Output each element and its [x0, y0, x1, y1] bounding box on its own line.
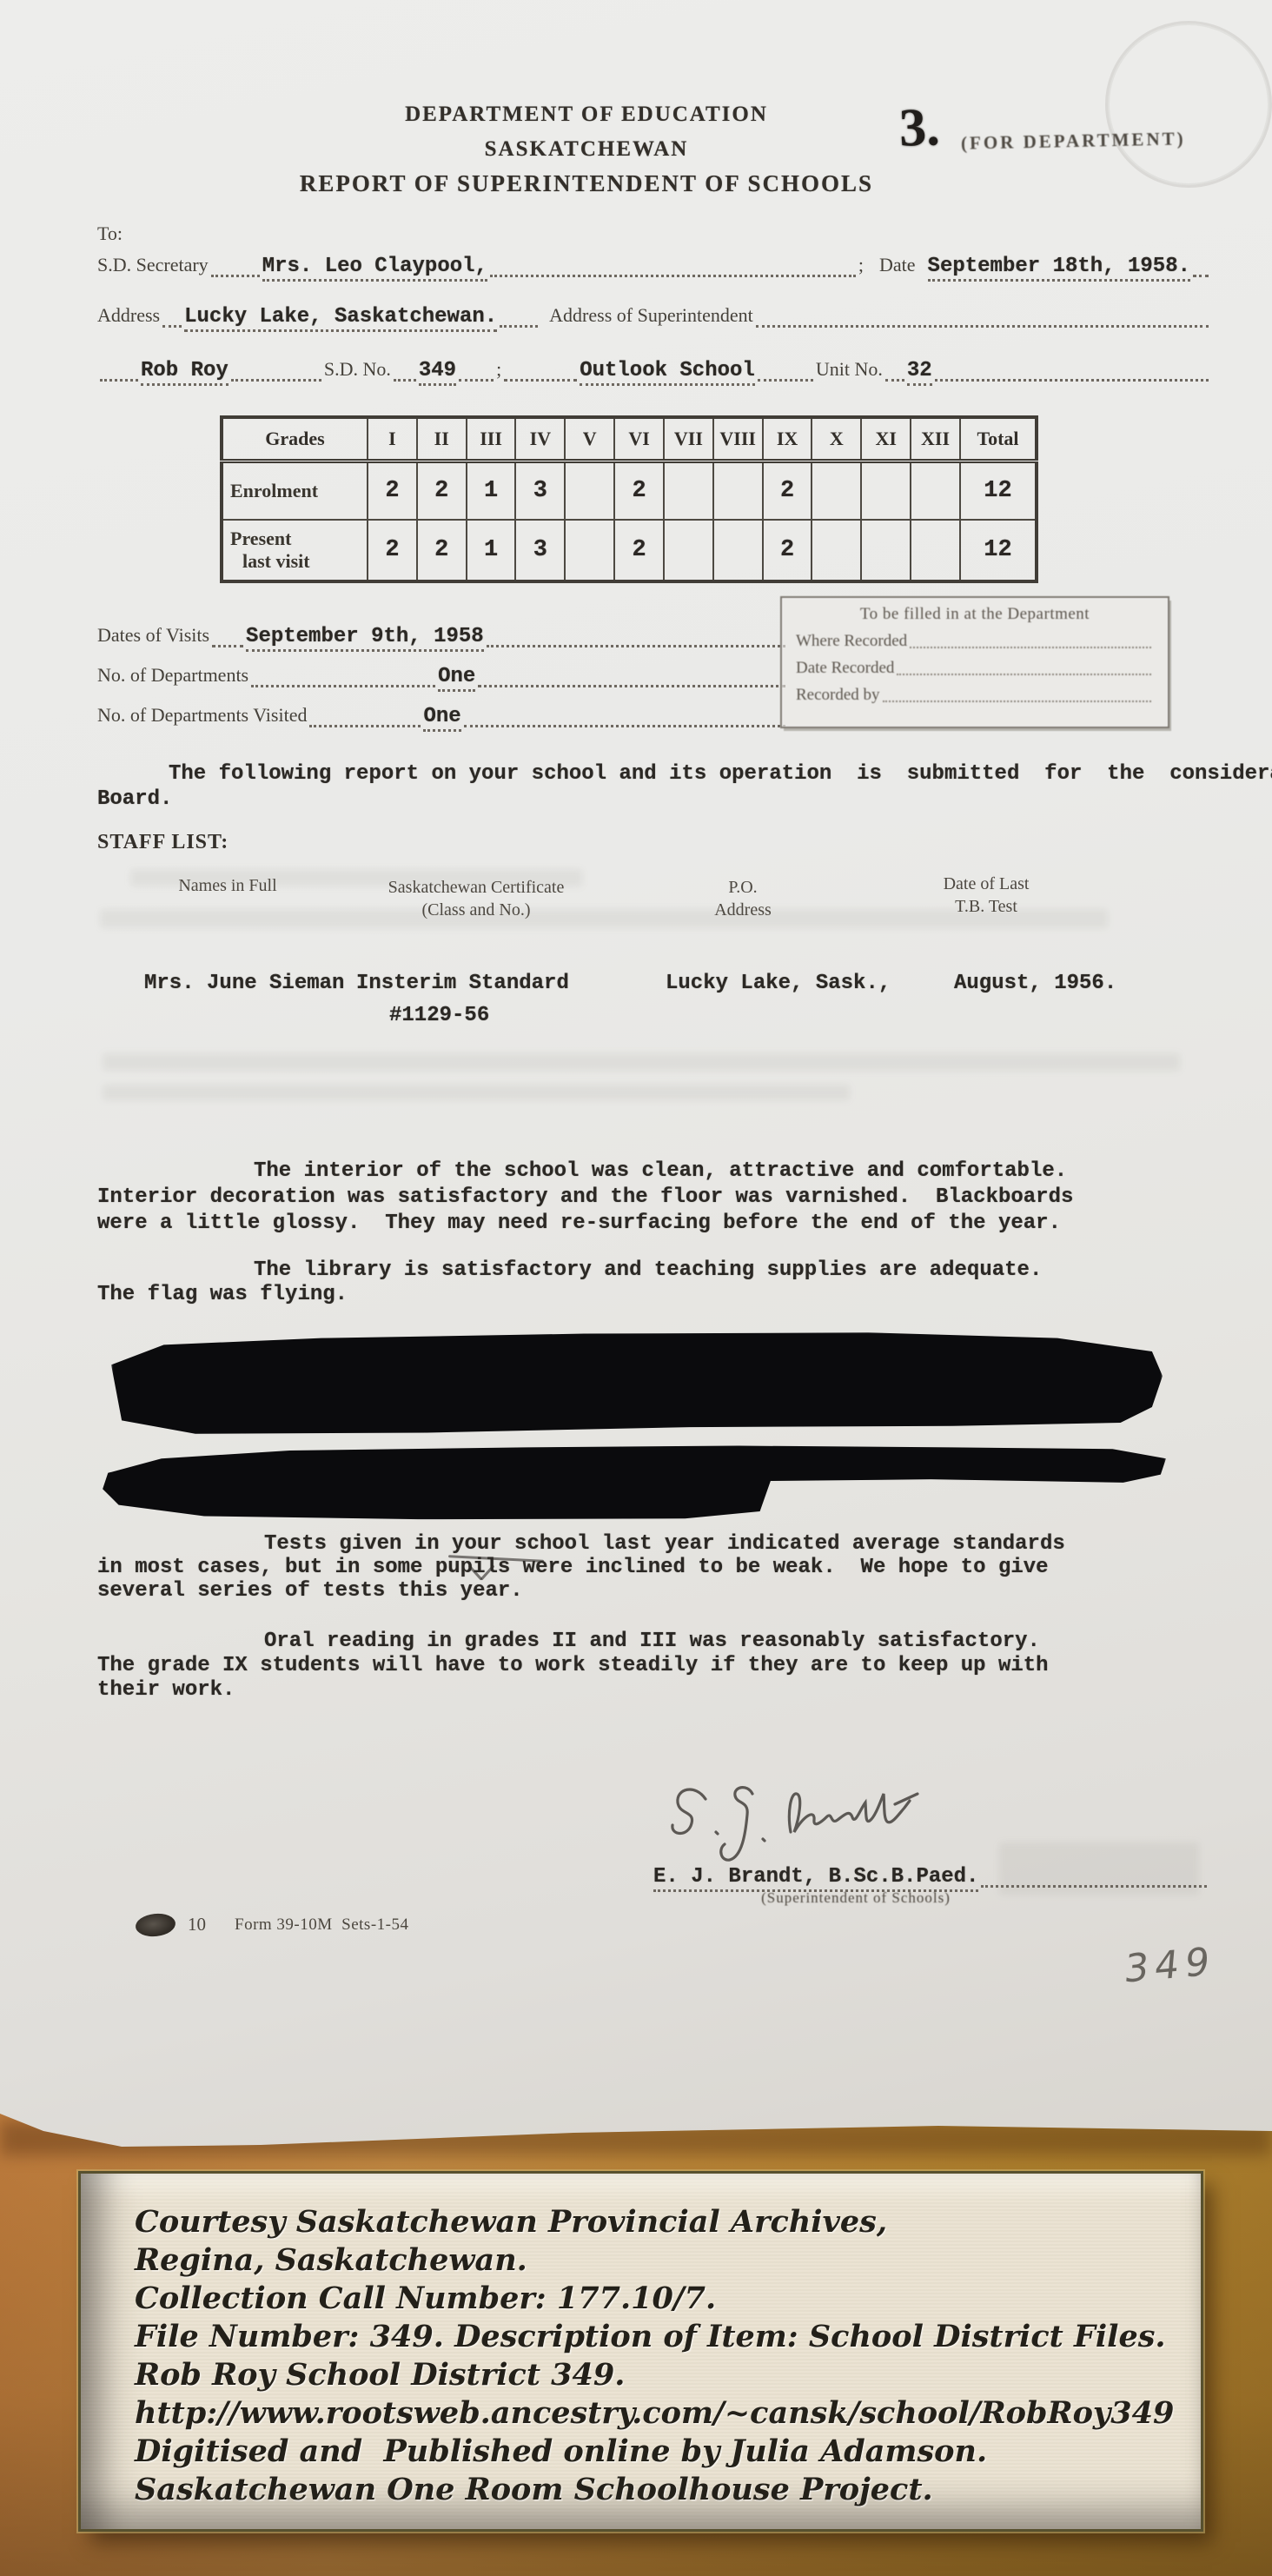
archive-caption-plaque: Courtesy Saskatchewan Provincial Archive… — [78, 2171, 1203, 2532]
present-row: Present last visit 2 2 1 3 2 2 12 — [222, 520, 1037, 581]
leader-dots — [478, 683, 785, 687]
grades-header-cell: VIII — [713, 417, 763, 461]
to-label: To: — [97, 222, 123, 245]
staff-tb-date: August, 1956. — [954, 972, 1116, 995]
grades-header-cell: XII — [911, 417, 960, 461]
caption-line: File Number: 349. Description of Item: S… — [135, 2318, 1169, 2356]
date-recorded-label: Date Recorded — [796, 659, 894, 678]
leader-dots — [756, 323, 1209, 328]
signature-title: (Superintendent of Schools) — [739, 1889, 973, 1907]
grades-header-cell: V — [565, 417, 614, 461]
bleed-through-smudge — [130, 869, 582, 886]
leader-dots — [883, 699, 1151, 702]
grades-header-cell: VI — [614, 417, 664, 461]
body-line: several series of tests this year. — [97, 1579, 1183, 1603]
grades-header-cell: II — [417, 417, 467, 461]
photo-canvas: { "header": { "dept": "DEPARTMENT OF EDU… — [0, 0, 1272, 2576]
dates-of-visits-label: Dates of Visits — [97, 624, 209, 647]
secretary-line: S.D. Secretary Mrs. Leo Claypool, ; Date… — [97, 254, 1211, 282]
body-line: The flag was flying. — [97, 1283, 1183, 1307]
leader-dots — [394, 377, 416, 382]
enrolment-cell — [565, 461, 614, 521]
grades-header-cell: X — [812, 417, 861, 461]
school-name-value: Outlook School — [580, 359, 755, 386]
staff-col-tb-line1: Date of Last — [904, 873, 1069, 895]
address-value: Lucky Lake, Saskatchewan. — [184, 305, 497, 332]
enrolment-cell — [861, 461, 911, 521]
grades-header-cell: III — [467, 417, 516, 461]
paragraph-interior: The interior of the school was clean, at… — [97, 1159, 1183, 1237]
staff-certificate-line2: #1129-56 — [389, 1004, 489, 1027]
departments-visited-line: No. of Departments Visited One — [97, 704, 788, 732]
staff-name: Mrs. June Sieman — [144, 972, 344, 995]
present-cell: 3 — [515, 520, 565, 581]
enrolment-cell: 1 — [467, 461, 516, 521]
grades-header-cell: I — [368, 417, 417, 461]
pencil-file-number: 349 — [1123, 1939, 1217, 1992]
present-label-line2: last visit — [230, 550, 366, 573]
leader-dots — [504, 377, 577, 382]
enrolment-cell: 3 — [515, 461, 565, 521]
leader-dots — [211, 273, 260, 277]
enrolment-total-cell: 12 — [960, 461, 1037, 521]
redaction-bar-2 — [97, 1441, 1166, 1521]
staff-list-heading: STAFF LIST: — [97, 831, 229, 854]
departments-visited-value: One — [423, 705, 460, 732]
present-cell — [861, 520, 911, 581]
grades-header-row: Grades I II III IV V VI VII VIII IX X XI… — [222, 417, 1037, 461]
grades-header-cell: VII — [664, 417, 713, 461]
present-cell: 2 — [614, 520, 664, 581]
sd-no-label: S.D. No. — [324, 358, 391, 381]
caption-line: Regina, Saskatchewan. — [135, 2241, 1169, 2280]
bleed-through-smudge — [103, 1053, 1180, 1071]
leader-dots — [1193, 273, 1209, 277]
grades-table: Grades I II III IV V VI VII VIII IX X XI… — [220, 415, 1038, 583]
address-label: Address — [97, 304, 160, 327]
leader-dots — [490, 273, 856, 277]
dates-of-visits-value: September 9th, 1958 — [246, 625, 484, 652]
body-line: The grade IX students will have to work … — [97, 1654, 1183, 1678]
present-total-cell: 12 — [960, 520, 1037, 581]
bleed-through-smudge — [999, 1842, 1199, 1895]
leader-dots — [100, 377, 138, 382]
staff-po-address: Lucky Lake, Sask., — [666, 972, 891, 995]
staff-col-po-line1: P.O. — [686, 876, 799, 899]
body-line: Interior decoration was satisfactory and… — [97, 1185, 1183, 1211]
leader-dots — [935, 377, 1209, 382]
body-line: in most cases, but in some pupils were i… — [97, 1556, 1183, 1579]
handwritten-signature — [660, 1771, 956, 1871]
leader-dots — [309, 723, 421, 727]
printers-union-icon — [135, 1912, 176, 1939]
redaction-bar-1 — [111, 1331, 1163, 1443]
leader-dots — [500, 323, 538, 328]
dates-of-visits-line: Dates of Visits September 9th, 1958 — [97, 624, 788, 652]
semicolon: ; — [858, 254, 864, 276]
body-line: The library is satisfactory and teaching… — [97, 1258, 1183, 1283]
enrolment-cell — [812, 461, 861, 521]
enrolment-row: Enrolment 2 2 1 3 2 2 12 — [222, 461, 1037, 521]
enrolment-cell: 2 — [763, 461, 812, 521]
handwritten-page-number: 3. — [898, 96, 941, 160]
leader-dots — [251, 683, 435, 687]
paragraph-oral-reading: Oral reading in grades II and III was re… — [97, 1630, 1183, 1703]
district-line: Rob Roy S.D. No. 349 ; Outlook School Un… — [97, 358, 1211, 386]
staff-certificate-line1: Insterim Standard — [356, 972, 569, 995]
present-label-line1: Present — [230, 528, 366, 550]
enrolment-cell: 2 — [614, 461, 664, 521]
body-line: were a little glossy. They may need re-s… — [97, 1211, 1183, 1237]
bleed-through-smudge — [103, 1085, 850, 1100]
leader-dots — [212, 643, 243, 647]
enrolment-cell: 2 — [417, 461, 467, 521]
supt-address-label: Address of Superintendent — [549, 304, 753, 327]
date-recorded-line: Date Recorded — [796, 659, 1154, 678]
present-cell — [812, 520, 861, 581]
unit-no-value: 32 — [907, 359, 932, 386]
leader-dots — [910, 645, 1151, 648]
secretary-name-value: Mrs. Leo Claypool, — [262, 255, 487, 282]
present-cell — [664, 520, 713, 581]
caption-line: Courtesy Saskatchewan Provincial Archive… — [135, 2203, 1169, 2241]
present-cell: 2 — [368, 520, 417, 581]
enrolment-cell: 2 — [368, 461, 417, 521]
present-cell: 1 — [467, 520, 516, 581]
caption-line: Digitised and Published online by Julia … — [135, 2433, 1169, 2471]
present-cell — [565, 520, 614, 581]
address-line: Address Lucky Lake, Saskatchewan. Addres… — [97, 304, 1211, 332]
date-label: Date — [879, 254, 916, 276]
where-recorded-label: Where Recorded — [796, 632, 907, 651]
leader-dots — [487, 643, 785, 647]
leader-dots — [897, 672, 1151, 675]
leader-dots — [885, 377, 904, 382]
report-page: DEPARTMENT OF EDUCATION SASKATCHEWAN REP… — [0, 0, 1272, 2152]
caption-line: Rob Roy School District 349. — [135, 2356, 1169, 2394]
paragraph-library: The library is satisfactory and teaching… — [97, 1258, 1183, 1307]
secretary-label: S.D. Secretary — [97, 254, 209, 276]
department-box-title: To be filled in at the Department — [796, 605, 1154, 624]
unit-no-label: Unit No. — [816, 358, 883, 381]
present-cell: 2 — [763, 520, 812, 581]
leader-dots — [231, 377, 321, 382]
body-line: their work. — [97, 1678, 1183, 1703]
grades-header-cell: IX — [763, 417, 812, 461]
leader-dots — [459, 377, 494, 382]
enrolment-cell — [713, 461, 763, 521]
caption-line: Collection Call Number: 177.10/7. — [135, 2280, 1169, 2318]
departments-value: One — [438, 665, 475, 692]
enrolment-cell — [664, 461, 713, 521]
body-line: The interior of the school was clean, at… — [97, 1159, 1183, 1185]
enrolment-cell — [911, 461, 960, 521]
embossed-seal — [1105, 21, 1272, 188]
semicolon-2: ; — [496, 358, 501, 381]
present-label: Present last visit — [222, 520, 368, 581]
grades-header-cell: Total — [960, 417, 1037, 461]
body-line: Tests given in your school last year ind… — [97, 1532, 1183, 1556]
departments-label: No. of Departments — [97, 664, 248, 687]
intro-line: The following report on your school and … — [97, 761, 1183, 787]
present-cell — [911, 520, 960, 581]
leader-dots — [464, 723, 785, 727]
sd-no-value: 349 — [419, 359, 456, 386]
intro-line: Board. — [97, 787, 1183, 812]
where-recorded-line: Where Recorded — [796, 632, 1154, 651]
present-cell: 2 — [417, 520, 467, 581]
grades-header-cell: IV — [515, 417, 565, 461]
bleed-through-smudge — [100, 909, 1108, 928]
caption-line: Saskatchewan One Room Schoolhouse Projec… — [135, 2471, 1169, 2509]
leader-dots — [162, 323, 182, 328]
footer-print-number: 10 — [188, 1914, 206, 1935]
letterhead-report-title: REPORT OF SUPERINTENDENT OF SCHOOLS — [135, 170, 1038, 197]
footer-form-number: Form 39-10M Sets-1-54 — [235, 1915, 408, 1935]
district-name-value: Rob Roy — [141, 359, 229, 386]
grades-header-cell: XI — [861, 417, 911, 461]
body-line: Oral reading in grades II and III was re… — [97, 1630, 1183, 1654]
enrolment-label: Enrolment — [222, 461, 368, 521]
departments-line: No. of Departments One — [97, 664, 788, 692]
paragraph-tests: Tests given in your school last year ind… — [97, 1532, 1183, 1603]
grades-header-cell: Grades — [222, 417, 368, 461]
intro-paragraph: The following report on your school and … — [97, 761, 1183, 812]
leader-dots — [758, 377, 813, 382]
typed-signature-name: E. J. Brandt, B.Sc.B.Paed. — [653, 1865, 978, 1892]
recorded-by-line: Recorded by — [796, 686, 1154, 705]
caption-url: http://www.rootsweb.ancestry.com/~cansk/… — [135, 2394, 1169, 2433]
present-cell — [713, 520, 763, 581]
date-value: September 18th, 1958. — [928, 255, 1190, 282]
departments-visited-label: No. of Departments Visited — [97, 704, 307, 727]
recorded-by-label: Recorded by — [796, 686, 880, 705]
department-use-box: To be filled in at the Department Where … — [780, 596, 1169, 728]
